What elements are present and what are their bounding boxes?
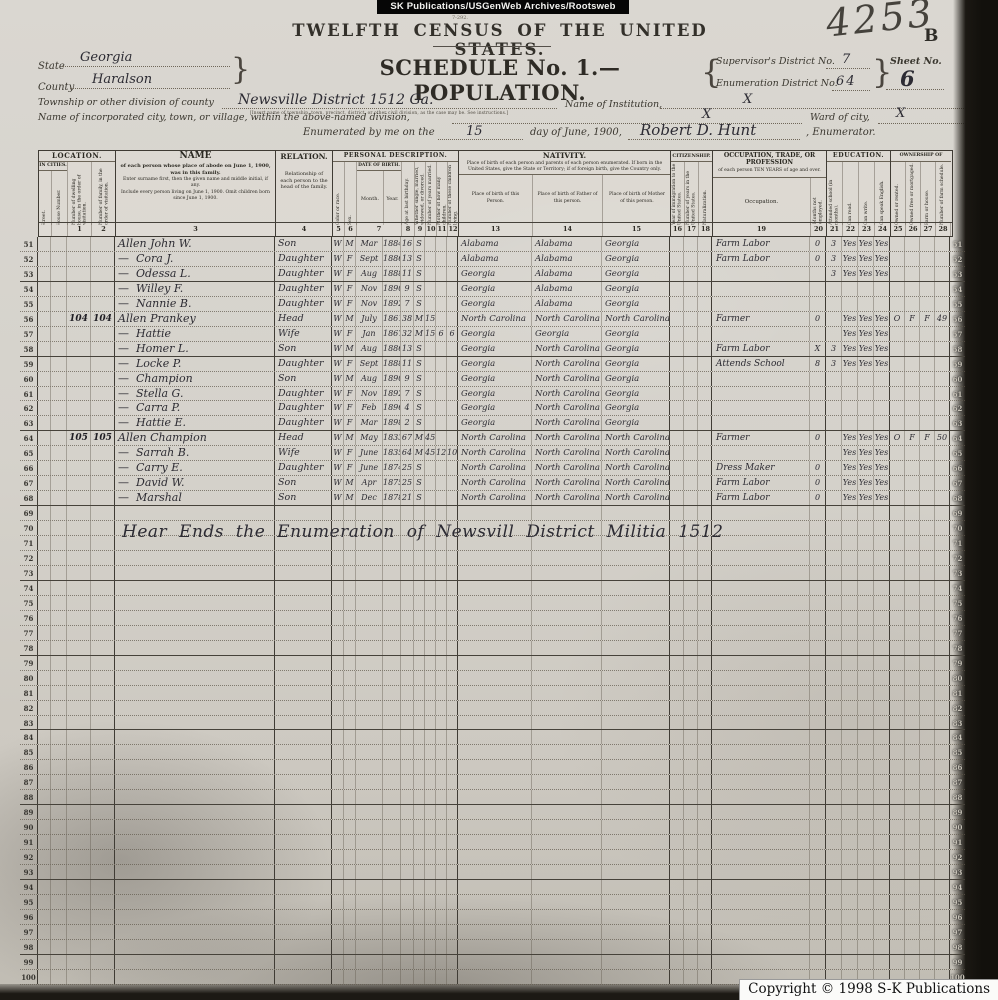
column-number: 9: [415, 223, 426, 236]
cell-naturalization: [698, 491, 712, 505]
row-number-right: 65: [950, 446, 965, 460]
column-number: 23: [859, 223, 875, 236]
cell-occupation: Farm Labor: [712, 252, 810, 266]
column-number: 11: [437, 223, 448, 236]
cell-home-free: [905, 297, 920, 311]
cell-can-read: [842, 835, 858, 849]
cell-age: [401, 656, 414, 670]
cell-children-living: [447, 461, 458, 475]
cell-can-write: [858, 387, 874, 401]
cell-mother-birthplace: Georgia: [602, 401, 670, 415]
cell-sex: [344, 506, 356, 520]
cell-can-write: Yes: [858, 357, 874, 371]
row-number-left: 97: [20, 925, 38, 939]
cell-farm-schedule: [935, 955, 950, 969]
row-number-left: 54: [20, 282, 38, 296]
row-number-left: 75: [20, 596, 38, 610]
cell-family-number: [91, 895, 115, 909]
cell-mother-children: 6: [436, 327, 447, 341]
cell-months-not-employed: [810, 955, 826, 969]
cell-name: —Champion: [115, 372, 275, 386]
cell-marital: [414, 880, 425, 894]
cell-name: [115, 611, 275, 625]
cell-name: [115, 925, 275, 939]
cell-birth-month: Nov: [356, 387, 383, 401]
cell-father-birthplace: Alabama: [532, 297, 602, 311]
cell-name: [115, 641, 275, 655]
cell-occupation: [712, 745, 810, 759]
cell-can-write: [858, 372, 874, 386]
cell-mother-children: [436, 671, 447, 685]
cell-race: [332, 910, 344, 924]
column-attended-school: Attended school (in months).: [829, 162, 840, 225]
cell-marital: S: [414, 401, 425, 415]
cell-can-write: [858, 910, 874, 924]
cell-street: [38, 431, 51, 445]
cell-house-number: [51, 536, 67, 550]
cell-street: [38, 686, 51, 700]
table-row: 8484: [20, 730, 965, 745]
cell-marital: S: [414, 282, 425, 296]
cell-farm-or-house: [920, 536, 935, 550]
cell-sex: [344, 686, 356, 700]
cell-birthplace: North Carolina: [458, 461, 532, 475]
cell-birth-month: [356, 775, 383, 789]
row-number-left: 81: [20, 686, 38, 700]
state-field: State: [38, 54, 65, 73]
row-number-right: 64: [950, 431, 965, 445]
table-row: 57—HattieWifeWFJan186732M1566GeorgiaGeor…: [20, 327, 965, 342]
cell-name: [115, 865, 275, 879]
cell-house-number: [51, 596, 67, 610]
cell-can-write: [858, 880, 874, 894]
cell-birth-month: Mar: [356, 237, 383, 251]
cell-race: [332, 895, 344, 909]
cell-mother-birthplace: Georgia: [602, 252, 670, 266]
cell-house-number: [51, 686, 67, 700]
cell-family-number: [91, 551, 115, 565]
cell-attended-school: [826, 820, 842, 834]
cell-children-living: [447, 237, 458, 251]
cell-family-number: [91, 416, 115, 430]
cell-father-birthplace: [532, 626, 602, 640]
cell-sex: [344, 910, 356, 924]
cell-dwelling-number: [67, 745, 91, 759]
enumeration-line: [832, 90, 870, 91]
cell-mother-children: [436, 357, 447, 371]
cell-birth-month: [356, 581, 383, 595]
cell-years-married: 45: [425, 431, 436, 445]
cell-immigration-year: [670, 267, 684, 281]
cell-birthplace: [458, 955, 532, 969]
cell-farm-or-house: [920, 267, 935, 281]
cell-farm-schedule: [935, 491, 950, 505]
cell-race: W: [332, 416, 344, 430]
cell-dwelling-number: [67, 387, 91, 401]
cell-father-birthplace: [532, 775, 602, 789]
cell-father-birthplace: [532, 551, 602, 565]
cell-sex: [344, 955, 356, 969]
cell-can-speak-english: [874, 775, 890, 789]
cell-relation: [275, 790, 332, 804]
row-number-right: 59: [950, 357, 965, 371]
cell-immigration-year: [670, 790, 684, 804]
cell-can-speak-english: Yes: [874, 252, 890, 266]
cell-months-not-employed: [810, 671, 826, 685]
cell-years-in-us: [684, 372, 698, 386]
cell-occupation: Farm Labor: [712, 342, 810, 356]
ward-label: Ward of city,: [810, 112, 870, 123]
cell-naturalization: [698, 760, 712, 774]
cell-birthplace: [458, 611, 532, 625]
cell-marital: [414, 745, 425, 759]
cell-marital: [414, 626, 425, 640]
cell-years-married: [425, 252, 436, 266]
cell-years-married: [425, 596, 436, 610]
cell-mother-birthplace: [602, 790, 670, 804]
cell-street: [38, 416, 51, 430]
cell-father-birthplace: North Carolina: [532, 401, 602, 415]
cell-father-birthplace: Alabama: [532, 267, 602, 281]
cell-years-married: [425, 611, 436, 625]
cell-relation: [275, 671, 332, 685]
cell-birth-year: [383, 775, 401, 789]
cell-relation: Daughter: [275, 282, 332, 296]
cell-farm-schedule: [935, 581, 950, 595]
title-rule: [433, 46, 551, 47]
cell-relation: [275, 596, 332, 610]
cell-family-number: [91, 357, 115, 371]
row-number-left: 83: [20, 716, 38, 730]
cell-years-in-us: [684, 955, 698, 969]
cell-children-living: [447, 716, 458, 730]
cell-name: —David W.: [115, 476, 275, 490]
cell-age: 9: [401, 282, 414, 296]
cell-naturalization: [698, 925, 712, 939]
table-row: 9191: [20, 835, 965, 850]
cell-years-married: [425, 506, 436, 520]
cell-attended-school: [826, 372, 842, 386]
cell-farm-schedule: [935, 730, 950, 744]
county-line: [70, 88, 230, 89]
cell-immigration-year: [670, 401, 684, 415]
column-number: 4: [276, 223, 333, 236]
cell-farm-or-house: [920, 940, 935, 954]
cell-occupation: [712, 401, 810, 415]
cell-name: [115, 626, 275, 640]
cell-birth-month: [356, 850, 383, 864]
cell-house-number: [51, 387, 67, 401]
cell-birth-year: [383, 626, 401, 640]
row-number-right: 96: [950, 910, 965, 924]
cell-can-write: [858, 865, 874, 879]
cell-father-birthplace: North Carolina: [532, 416, 602, 430]
cell-naturalization: [698, 641, 712, 655]
cell-birth-month: [356, 820, 383, 834]
cell-months-not-employed: [810, 686, 826, 700]
cell-age: 38: [401, 312, 414, 326]
cell-age: 16: [401, 237, 414, 251]
cell-name: [115, 835, 275, 849]
cell-sex: [344, 790, 356, 804]
cell-relation: [275, 701, 332, 715]
cell-sex: [344, 925, 356, 939]
cell-race: [332, 790, 344, 804]
cell-months-not-employed: [810, 282, 826, 296]
cell-home-free: [905, 835, 920, 849]
cell-street: [38, 327, 51, 341]
cell-attended-school: 3: [826, 237, 842, 251]
cell-years-married: [425, 237, 436, 251]
table-row: 59—Locke P.DaughterWFSept188811SGeorgiaN…: [20, 357, 965, 372]
row-number-left: 52: [20, 252, 38, 266]
cell-age: 9: [401, 372, 414, 386]
cell-marital: [414, 701, 425, 715]
cell-immigration-year: [670, 566, 684, 580]
cell-relation: [275, 925, 332, 939]
cell-naturalization: [698, 626, 712, 640]
cell-age: 7: [401, 297, 414, 311]
cell-name: [115, 686, 275, 700]
cell-can-write: Yes: [858, 476, 874, 490]
cell-sex: F: [344, 387, 356, 401]
cell-mother-children: [436, 312, 447, 326]
column-can-speak-english: Can speak English.: [880, 162, 885, 225]
cell-house-number: [51, 357, 67, 371]
cell-farm-schedule: [935, 701, 950, 715]
cell-can-write: [858, 506, 874, 520]
surname-ditto-mark: —: [118, 387, 134, 401]
county-value: Haralson: [92, 72, 152, 87]
cell-can-read: [842, 506, 858, 520]
cell-can-write: [858, 282, 874, 296]
cell-sex: M: [344, 342, 356, 356]
cell-family-number: [91, 641, 115, 655]
cell-sex: F: [344, 357, 356, 371]
cell-house-number: [51, 252, 67, 266]
cell-can-read: [842, 536, 858, 550]
cell-can-write: [858, 536, 874, 550]
cell-can-write: [858, 641, 874, 655]
cell-occupation: [712, 297, 810, 311]
cell-immigration-year: [670, 701, 684, 715]
cell-age: [401, 506, 414, 520]
cell-house-number: [51, 970, 67, 984]
cell-birth-year: [383, 701, 401, 715]
column-number: 16: [671, 223, 685, 236]
cell-mother-children: [436, 626, 447, 640]
cell-can-write: [858, 566, 874, 580]
cell-home-free: [905, 790, 920, 804]
cell-birth-year: 1886: [383, 252, 401, 266]
cell-occupation: [712, 641, 810, 655]
cell-can-speak-english: [874, 895, 890, 909]
cell-birthplace: Georgia: [458, 401, 532, 415]
cell-age: 67: [401, 431, 414, 445]
cell-farm-or-house: [920, 476, 935, 490]
cell-home-owned: [890, 925, 905, 939]
cell-farm-or-house: [920, 596, 935, 610]
cell-years-in-us: [684, 551, 698, 565]
cell-birth-year: [383, 940, 401, 954]
cell-mother-children: [436, 401, 447, 415]
surname-ditto-mark: —: [118, 491, 134, 505]
cell-farm-schedule: [935, 820, 950, 834]
cell-birth-month: Sept: [356, 252, 383, 266]
table-row: 9696: [20, 910, 965, 925]
cell-name: —Willey F.: [115, 282, 275, 296]
cell-farm-schedule: [935, 745, 950, 759]
cell-family-number: [91, 491, 115, 505]
cell-attended-school: [826, 416, 842, 430]
cell-farm-or-house: [920, 641, 935, 655]
cell-can-write: Yes: [858, 237, 874, 251]
cell-mother-children: [436, 835, 447, 849]
cell-birth-month: [356, 835, 383, 849]
header-personal-description: PERSONAL DESCRIPTION. Color or race. Sex…: [333, 151, 459, 225]
cell-can-speak-english: [874, 387, 890, 401]
county-field: County: [38, 75, 74, 94]
column-color-race: Color or race.: [336, 162, 341, 225]
cell-years-in-us: [684, 357, 698, 371]
copyright-notice: Copyright © 1998 S-K Publications: [739, 979, 998, 1000]
cell-can-speak-english: [874, 401, 890, 415]
cell-age: [401, 745, 414, 759]
cell-house-number: [51, 805, 67, 819]
cell-can-write: [858, 297, 874, 311]
cell-birthplace: North Carolina: [458, 312, 532, 326]
cell-home-free: [905, 357, 920, 371]
cell-relation: Son: [275, 237, 332, 251]
row-number-left: 63: [20, 416, 38, 430]
cell-street: [38, 282, 51, 296]
census-table-header: LOCATION. IN CITIES. Street. House Numbe…: [38, 150, 953, 237]
cell-father-birthplace: [532, 790, 602, 804]
cell-attended-school: [826, 611, 842, 625]
cell-race: [332, 730, 344, 744]
cell-farm-schedule: 49: [935, 312, 950, 326]
cell-attended-school: [826, 910, 842, 924]
cell-dwelling-number: [67, 910, 91, 924]
institution-label: Name of Institution,: [565, 99, 662, 110]
cell-months-not-employed: [810, 716, 826, 730]
cell-family-number: [91, 372, 115, 386]
row-number-right: 61: [950, 387, 965, 401]
cell-house-number: [51, 611, 67, 625]
cell-family-number: [91, 760, 115, 774]
cell-sex: M: [344, 312, 356, 326]
sheet-no-label: Sheet No.: [890, 56, 942, 67]
cell-sex: [344, 566, 356, 580]
cell-years-married: [425, 387, 436, 401]
row-number-left: 87: [20, 775, 38, 789]
cell-relation: Daughter: [275, 461, 332, 475]
cell-years-married: [425, 790, 436, 804]
cell-relation: Head: [275, 312, 332, 326]
enumerated-day: 15: [466, 124, 483, 139]
table-row: 8888: [20, 790, 965, 805]
cell-can-read: Yes: [842, 342, 858, 356]
cell-can-write: Yes: [858, 342, 874, 356]
cell-can-speak-english: [874, 372, 890, 386]
column-number: [52, 223, 68, 236]
cell-can-write: Yes: [858, 446, 874, 460]
cell-home-free: [905, 656, 920, 670]
cell-farm-schedule: [935, 566, 950, 580]
cell-children-living: [447, 267, 458, 281]
cell-relation: Daughter: [275, 357, 332, 371]
cell-house-number: [51, 506, 67, 520]
cell-months-not-employed: [810, 581, 826, 595]
cell-children-living: [447, 342, 458, 356]
cell-years-married: [425, 850, 436, 864]
cell-can-speak-english: [874, 760, 890, 774]
cell-can-speak-english: [874, 506, 890, 520]
cell-house-number: [51, 446, 67, 460]
cell-can-read: [842, 880, 858, 894]
cell-birthplace: Georgia: [458, 416, 532, 430]
cell-years-married: [425, 865, 436, 879]
cell-can-read: [842, 297, 858, 311]
cell-birthplace: Georgia: [458, 267, 532, 281]
cell-birthplace: [458, 730, 532, 744]
cell-attended-school: [826, 581, 842, 595]
cell-race: W: [332, 446, 344, 460]
table-row: 7474: [20, 581, 965, 596]
cell-father-birthplace: [532, 641, 602, 655]
column-number-row: 1234567891011121314151617181920212223242…: [39, 222, 952, 236]
cell-years-married: [425, 805, 436, 819]
cell-naturalization: [698, 850, 712, 864]
cell-race: W: [332, 401, 344, 415]
surname-ditto-mark: —: [118, 446, 134, 460]
cell-mother-children: [436, 775, 447, 789]
cell-home-owned: [890, 237, 905, 251]
cell-marital: [414, 671, 425, 685]
cell-months-not-employed: [810, 880, 826, 894]
cell-sex: [344, 656, 356, 670]
cell-street: [38, 252, 51, 266]
cell-farm-schedule: [935, 790, 950, 804]
cell-years-married: [425, 745, 436, 759]
cell-can-speak-english: [874, 551, 890, 565]
cell-attended-school: [826, 626, 842, 640]
cell-street: [38, 790, 51, 804]
cell-dwelling-number: [67, 461, 91, 475]
cell-birth-year: [383, 566, 401, 580]
row-number-right: 79: [950, 656, 965, 670]
cell-attended-school: [826, 431, 842, 445]
column-street: Street.: [42, 171, 47, 225]
cell-family-number: [91, 342, 115, 356]
table-row: 8080: [20, 671, 965, 686]
surname-ditto-mark: —: [118, 252, 134, 266]
table-row: 8989: [20, 805, 965, 820]
cell-sex: F: [344, 446, 356, 460]
cell-immigration-year: [670, 252, 684, 266]
cell-marital: M: [414, 312, 425, 326]
cell-birthplace: Georgia: [458, 282, 532, 296]
cell-can-read: [842, 566, 858, 580]
dob-title: DATE OF BIRTH.: [357, 162, 401, 171]
cell-birth-month: [356, 611, 383, 625]
cell-home-owned: [890, 641, 905, 655]
cell-relation: [275, 850, 332, 864]
cell-mother-birthplace: [602, 835, 670, 849]
cell-mother-birthplace: [602, 910, 670, 924]
cell-street: [38, 626, 51, 640]
cell-home-owned: [890, 626, 905, 640]
